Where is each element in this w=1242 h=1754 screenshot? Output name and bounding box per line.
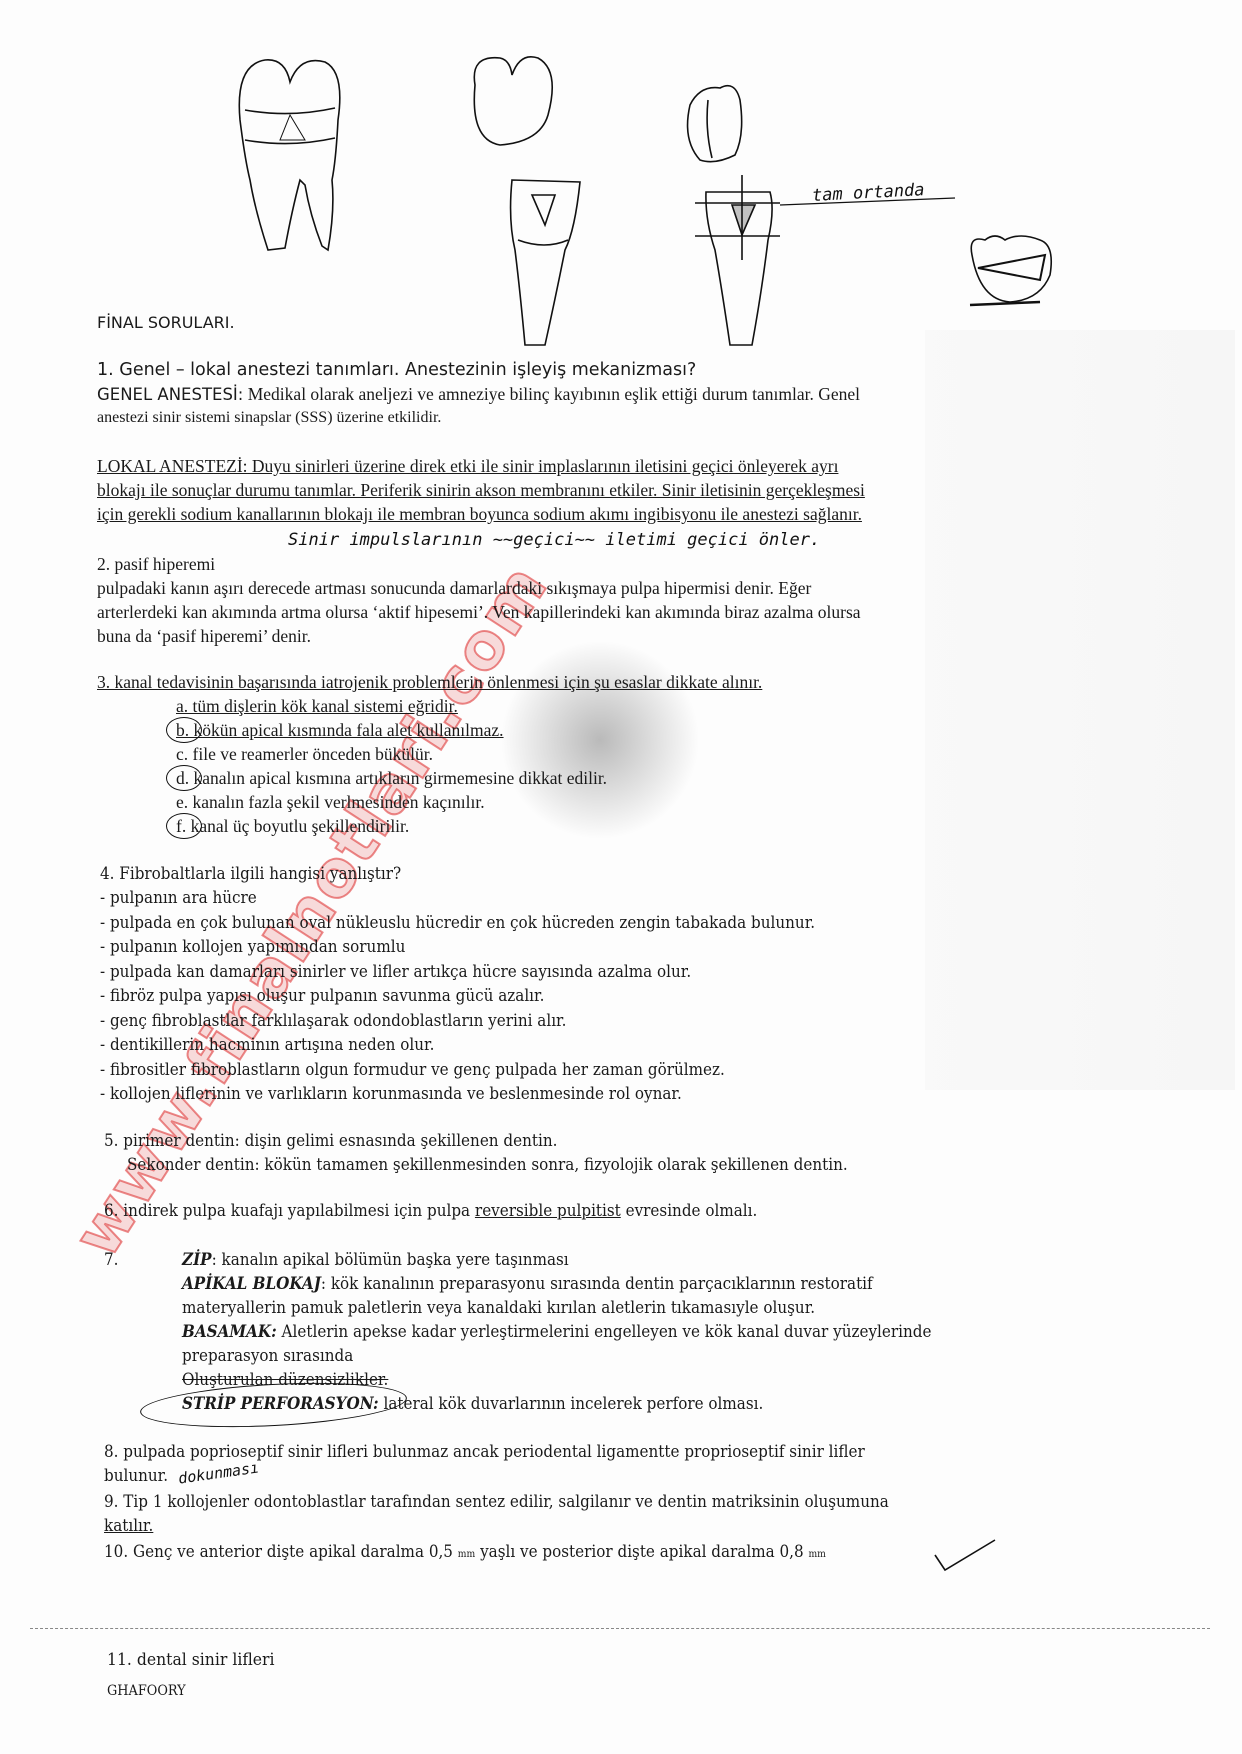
q10-line: 10. Genç ve anterior dişte apikal daralm… xyxy=(104,1544,826,1561)
q1-lokal: LOKAL ANESTEZİ: Duyu sinirleri üzerine d… xyxy=(97,458,838,476)
q2-line3: buna da ‘pasif hiperemi’ denir. xyxy=(97,628,311,646)
q10-unit2: mm xyxy=(808,1549,825,1560)
q6-after: evresinde olmalı. xyxy=(621,1201,758,1220)
q8-line2: bulunur. xyxy=(104,1468,168,1485)
q4-item: - genç fibroblastlar farklılaşarak odond… xyxy=(100,1013,566,1030)
q2-line2: arterlerdeki kan akımında artma olursa ‘… xyxy=(97,604,861,622)
scanned-page: tam ortanda www.finalnotlari.com FİNAL S… xyxy=(0,0,1242,1754)
checkmark-icon xyxy=(930,1535,1000,1575)
q4-item: - pulpada kan damarları sinirler ve lifl… xyxy=(100,964,691,981)
q3-question: 3. kanal tedavisinin başarısında iatroje… xyxy=(97,674,762,692)
molar-sketch-icon xyxy=(239,60,340,250)
q10-unit1: mm xyxy=(458,1549,475,1560)
q1-lokal-line3: için gerekli sodium kanallarının blokajı… xyxy=(97,506,862,524)
q1-genel-line1: Medikal olarak aneljezi ve amneziye bili… xyxy=(243,384,860,404)
q3-option: d. kanalın apical kısmına artıkların gir… xyxy=(176,770,607,788)
q6-line: 6. indirek pulpa kuafajı yapılabilmesi i… xyxy=(104,1203,757,1220)
q10-part1: 10. Genç ve anterior dişte apikal daralm… xyxy=(104,1542,458,1561)
footer-author: GHAFOORY xyxy=(107,1684,186,1698)
q7-zip-text: : kanalın apikal bölümün başka yere taşı… xyxy=(212,1250,569,1269)
q11-line: 11. dental sinir lifleri xyxy=(107,1652,274,1669)
incisor-sketch-icon xyxy=(511,180,580,345)
q7-strip-circle xyxy=(139,1377,408,1433)
q8-handwritten-note: dokunması xyxy=(177,1460,260,1486)
q4-item: - kollojen liflerinin ve varlıkların kor… xyxy=(100,1086,682,1103)
q1-genel-label: GENEL ANESTESİ: xyxy=(97,385,243,404)
q4-question: 4. Fibrobaltlarla ilgili hangisi yanlışt… xyxy=(100,866,401,883)
q7-basamak-label: BASAMAK: xyxy=(182,1322,277,1341)
q1-question: 1. Genel – lokal anestezi tanımları. Ane… xyxy=(97,362,696,380)
q10-part2: yaşlı ve posterior dişte apikal daralma … xyxy=(475,1542,808,1561)
q7-blokaj-text1: : kök kanalının preparasyonu sırasında d… xyxy=(321,1274,873,1293)
tooth-sketches xyxy=(0,0,1242,360)
page-break-divider xyxy=(30,1628,1210,1629)
q4-item: - dentikillerin hacminın artışına neden … xyxy=(100,1037,434,1054)
q1-genel-line2: anestezi sinir sistemi sinapslar (SSS) ü… xyxy=(97,410,441,426)
q2-line1: pulpadaki kanın aşırı derecede artması s… xyxy=(97,580,811,598)
page-title: FİNAL SORULARI. xyxy=(97,315,235,331)
q1-genel: GENEL ANESTESİ: Medikal olarak aneljezi … xyxy=(97,386,860,404)
q1-lokal-line1: Duyu sinirleri üzerine direk etki ile si… xyxy=(248,456,839,476)
q5-line2: Sekonder dentin: kökün tamamen şekillenm… xyxy=(127,1157,848,1174)
q3-option-circle xyxy=(166,813,202,839)
q1-handwritten-note: Sinir impulslarının ~~geçici~~ iletimi g… xyxy=(288,532,820,549)
q7-basamak-text1: Aletlerin apekse kadar yerleştirmelerini… xyxy=(277,1322,932,1341)
q4-item: - fibrositler fibroblastların olgun form… xyxy=(100,1062,725,1079)
q6-underlined: reversible pulpitist xyxy=(475,1201,621,1220)
crown-sketch-icon xyxy=(474,57,552,145)
q3-option-circle xyxy=(166,717,202,743)
q7-blokaj: APİKAL BLOKAJ: kök kanalının preparasyon… xyxy=(182,1276,873,1293)
q7-basamak-text2: preparasyon sırasında xyxy=(182,1348,353,1365)
q7-strip-text: lateral kök duvarlarının incelerek perfo… xyxy=(379,1394,764,1413)
q7-blokaj-text2: materyallerin pamuk paletlerin veya kana… xyxy=(182,1300,815,1317)
q6-before: 6. indirek pulpa kuafajı yapılabilmesi i… xyxy=(104,1201,475,1220)
q7-zip: ZİP: kanalın apikal bölümün başka yere t… xyxy=(182,1252,569,1269)
q7-basamak: BASAMAK: Aletlerin apekse kadar yerleşti… xyxy=(182,1324,931,1341)
q8-line1: 8. pulpada poprioseptif sinir lifleri bu… xyxy=(104,1444,865,1461)
q9-line1: 9. Tip 1 kollojenler odontoblastlar tara… xyxy=(104,1494,889,1511)
q7-number: 7. xyxy=(104,1252,118,1269)
q5-line1: 5. pirimer dentin: dişin gelimi esnasınd… xyxy=(104,1133,557,1150)
q3-option: a. tüm dişlerin kök kanal sistemi eğridi… xyxy=(176,698,458,716)
q3-option: b. kökün apical kısmında fala alet kulla… xyxy=(176,722,504,740)
q7-zip-label: ZİP xyxy=(182,1250,212,1269)
q7-blokaj-label: APİKAL BLOKAJ xyxy=(182,1274,321,1293)
small-molar-sketch-icon xyxy=(970,236,1051,305)
premolar-crown-sketch-icon xyxy=(688,86,742,162)
q3-option: f. kanal üç boyutlu şekillendirilir. xyxy=(176,818,409,836)
q2-question: 2. pasif hiperemi xyxy=(97,556,215,574)
q4-item: - pulpanın kollojen yapımından sorumlu xyxy=(100,939,405,956)
scan-smudge xyxy=(500,640,700,840)
q1-lokal-line2: blokajı ile sonuçlar durumu tanımlar. Pe… xyxy=(97,482,865,500)
q3-option: c. file ve reamerler önceden bükülür. xyxy=(176,746,433,764)
q3-option: e. kanalın fazla şekil verlmesinden kaçı… xyxy=(176,794,485,812)
q3-option-circle xyxy=(166,765,202,791)
q9-line2: katılır. xyxy=(104,1518,153,1535)
q4-item: - fibröz pulpa yapısı oluşur pulpanın sa… xyxy=(100,988,544,1005)
q4-item: - pulpada en çok bulunan oval nükleuslu … xyxy=(100,915,815,932)
bleed-through-column xyxy=(925,330,1235,1090)
q1-lokal-label: LOKAL ANESTEZİ: xyxy=(97,456,248,476)
q4-item: - pulpanın ara hücre xyxy=(100,890,257,907)
